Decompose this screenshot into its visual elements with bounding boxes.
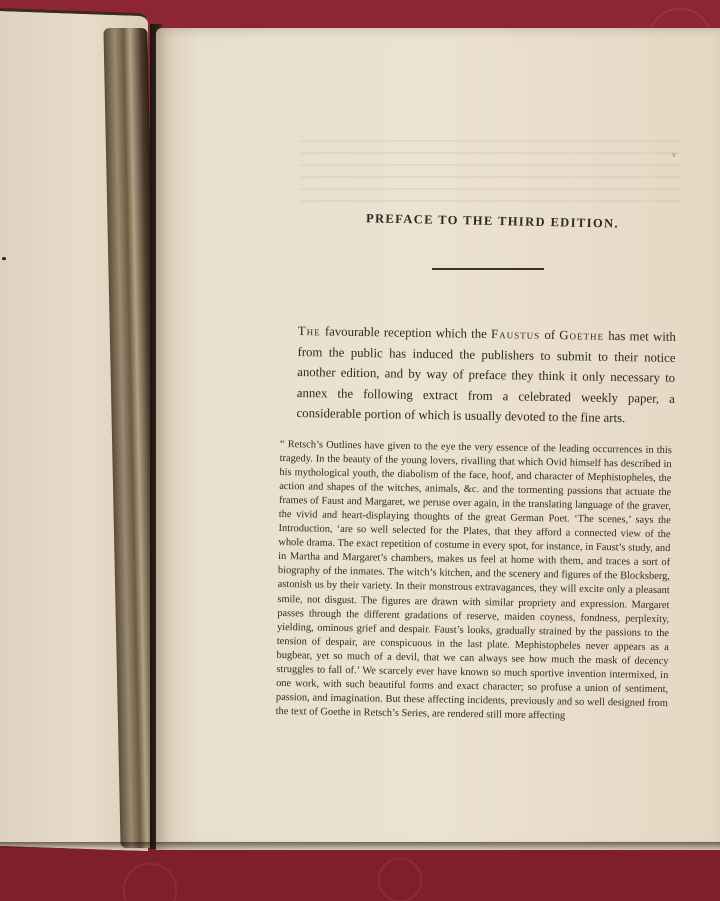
show-through-text xyxy=(300,130,680,210)
intro-text-3: has met with from the public has induced… xyxy=(296,329,675,425)
page-number: v xyxy=(672,150,676,159)
work-title-faustus: Faustus xyxy=(491,327,540,342)
intro-paragraph: The favourable reception which the Faust… xyxy=(296,321,676,429)
page-bottom-edge xyxy=(0,842,720,850)
intro-text-1: favourable reception which the xyxy=(321,324,492,341)
intro-lead: The xyxy=(298,324,321,338)
title-rule-divider xyxy=(432,268,544,270)
ink-speck xyxy=(2,257,6,260)
author-name-goethe: Goethe xyxy=(559,328,604,343)
intro-text-2: of xyxy=(540,328,559,342)
quoted-extract: “ Retsch’s Outlines have given to the ey… xyxy=(276,438,672,725)
